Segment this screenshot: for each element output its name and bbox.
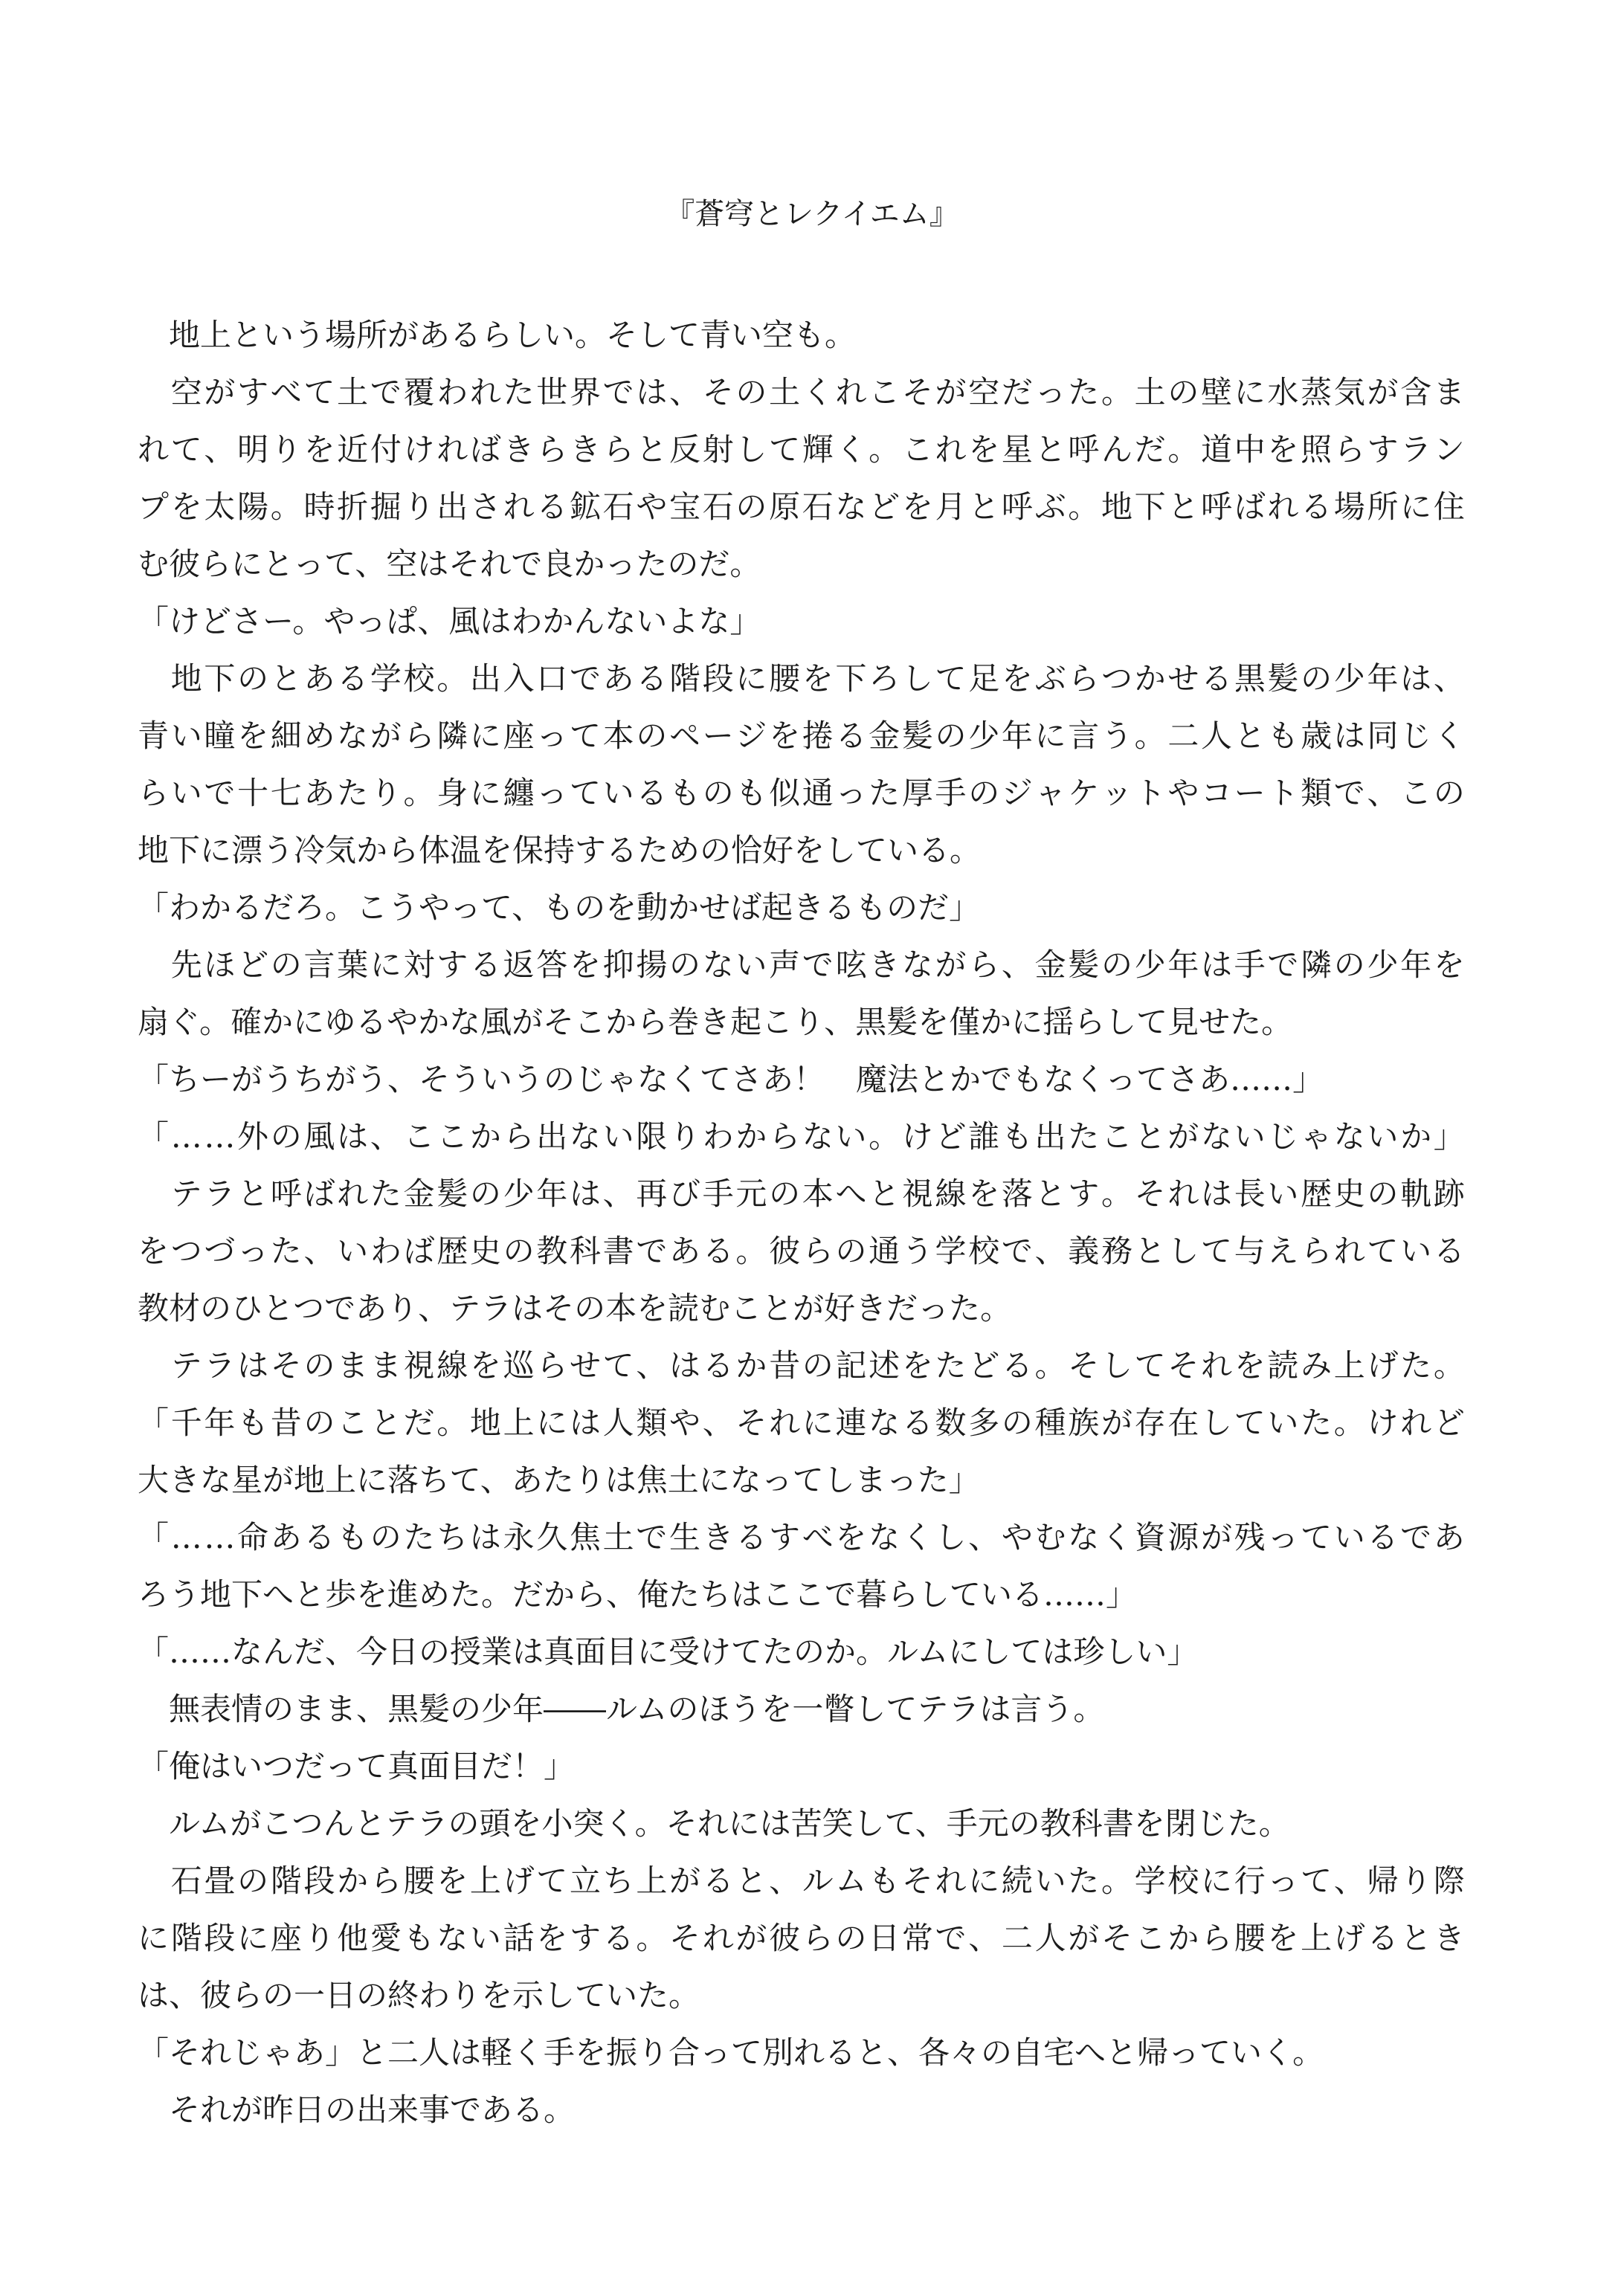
text-line: 「けどさー。やっぱ、風はわかんないよな」	[138, 593, 1465, 650]
page-title: 『蒼穹とレクイエム』	[0, 186, 1624, 243]
text-line: れて、明りを近付ければきらきらと反射して輝く。これを星と呼んだ。道中を照らすラン	[138, 421, 1465, 478]
text-line: 扇ぐ。確かにゆるやかな風がそこから巻き起こり、黒髪を僅かに揺らして見せた。	[138, 993, 1465, 1051]
text-line: をつづった、いわば歴史の教科書である。彼らの通う学校で、義務として与えられている	[138, 1222, 1465, 1280]
title-body-gap	[0, 243, 1624, 306]
text-line: らいで十七あたり。身に纏っているものも似通った厚手のジャケットやコート類で、この	[138, 764, 1465, 822]
text-line: 「それじゃあ」と二人は軽く手を振り合って別れると、各々の自宅へと帰っていく。	[138, 2024, 1465, 2081]
text-line: 地上という場所があるらしい。そして青い空も。	[138, 306, 1465, 364]
text-line: 「……命あるものたちは永久焦土で生きるすべをなくし、やむなく資源が残っているであ	[138, 1509, 1465, 1566]
text-line: 「俺はいつだって真面目だ！」	[138, 1738, 1465, 1795]
text-line: テラと呼ばれた金髪の少年は、再び手元の本へと視線を落とす。それは長い歴史の軌跡	[138, 1165, 1465, 1222]
text-line: 「……なんだ、今日の授業は真面目に受けてたのか。ルムにしては珍しい」	[138, 1623, 1465, 1680]
text-line: 大きな星が地上に落ちて、あたりは焦土になってしまった」	[138, 1451, 1465, 1509]
text-line: 無表情のまま、黒髪の少年――ルムのほうを一瞥してテラは言う。	[138, 1680, 1465, 1738]
text-line: 空がすべて土で覆われた世界では、その土くれこそが空だった。土の壁に水蒸気が含ま	[138, 364, 1465, 421]
document-page: 『蒼穹とレクイエム』 地上という場所があるらしい。そして青い空も。 空がすべて土…	[0, 0, 1624, 2296]
text-line: ルムがこつんとテラの頭を小突く。それには苦笑して、手元の教科書を閉じた。	[138, 1795, 1465, 1852]
text-line: それが昨日の出来事である。	[138, 2081, 1465, 2138]
text-line: 青い瞳を細めながら隣に座って本のページを捲る金髪の少年に言う。二人とも歳は同じく	[138, 707, 1465, 764]
text-line: に階段に座り他愛もない話をする。それが彼らの日常で、二人がそこから腰を上げるとき	[138, 1909, 1465, 1967]
text-line: ろう地下へと歩を進めた。だから、俺たちはここで暮らしている……」	[138, 1566, 1465, 1623]
text-line: 地下に漂う冷気から体温を保持するための恰好をしている。	[138, 822, 1465, 879]
text-line: は、彼らの一日の終わりを示していた。	[138, 1967, 1465, 2024]
text-line: テラはそのまま視線を巡らせて、はるか昔の記述をたどる。そしてそれを読み上げた。	[138, 1337, 1465, 1394]
text-line: 「……外の風は、ここから出ない限りわからない。けど誰も出たことがないじゃないか」	[138, 1108, 1465, 1165]
document-body: 地上という場所があるらしい。そして青い空も。 空がすべて土で覆われた世界では、そ…	[138, 306, 1465, 2138]
text-line: プを太陽。時折掘り出される鉱石や宝石の原石などを月と呼ぶ。地下と呼ばれる場所に住	[138, 478, 1465, 535]
text-line: 「わかるだろ。こうやって、ものを動かせば起きるものだ」	[138, 879, 1465, 936]
text-line: 「千年も昔のことだ。地上には人類や、それに連なる数多の種族が存在していた。けれど	[138, 1394, 1465, 1451]
text-line: 「ちーがうちがう、そういうのじゃなくてさあ！ 魔法とかでもなくってさあ……」	[138, 1051, 1465, 1108]
text-line: 先ほどの言葉に対する返答を抑揚のない声で呟きながら、金髪の少年は手で隣の少年を	[138, 936, 1465, 993]
text-line: む彼らにとって、空はそれで良かったのだ。	[138, 535, 1465, 593]
text-line: 地下のとある学校。出入口である階段に腰を下ろして足をぶらつかせる黒髪の少年は、	[138, 650, 1465, 707]
text-line: 教材のひとつであり、テラはその本を読むことが好きだった。	[138, 1280, 1465, 1337]
text-line: 石畳の階段から腰を上げて立ち上がると、ルムもそれに続いた。学校に行って、帰り際	[138, 1852, 1465, 1909]
